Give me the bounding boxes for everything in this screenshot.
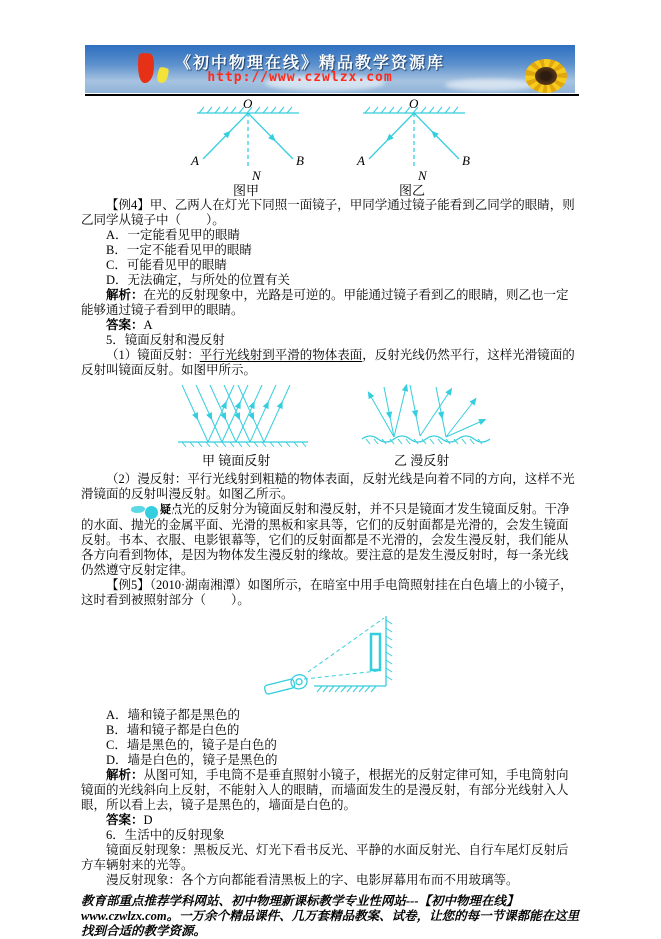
example4-option-b: B．一定不能看见甲的眼睛 (81, 243, 580, 258)
section6-p2: 漫反射现象：各个方向都能看清黑板上的字、电影屏幕用布而不用玻璃等。 (81, 873, 580, 888)
wall-hatching (386, 620, 392, 680)
key-point-icon: 破 (106, 504, 158, 517)
site-banner: 《初中物理在线》精品教学资源库 http://www.czwlzx.com (85, 45, 575, 93)
flashlight (263, 673, 308, 697)
analysis-label: 解析： (106, 288, 144, 302)
section5-note: 破疑点光的反射分为镜面反射和漫反射，并不只是镜面才发生镜面反射。干净的水面、抛光… (81, 502, 580, 578)
mirror-diagram-jia: O A B N 图甲 (183, 97, 313, 197)
example4-option-d: D．无法确定，与所处的位置有关 (81, 273, 580, 288)
section5-item1: （1）镜面反射：平行光线射到平滑的物体表面，反射光线仍然平行，这样光滑镜面的反射… (81, 348, 580, 378)
example5-stem: 【例5】（2010·湖南湘潭）如图所示，在暗室中用手电筒照射挂在白色墙上的小镜子… (81, 578, 580, 608)
point-o-label: O (409, 97, 419, 111)
figure-caption: 图甲 (233, 183, 259, 197)
example4-option-c: C．可能看见甲的眼睛 (81, 258, 580, 273)
example4-answer: 答案：A (81, 318, 580, 333)
analysis-text: 从图可知，手电筒不是垂直照射小镜子，根据光的反射定律可知，手电筒射向镜面的光线斜… (81, 768, 569, 812)
swoosh-icon (131, 506, 145, 513)
site-url-link[interactable]: http://www.czwlzx.com (85, 70, 515, 85)
normal-n-label: N (251, 168, 262, 183)
section6-p1: 镜面反射现象：黑板反光、灯光下看书反光、平静的水面反射光、自行车尾灯反射后方车辆… (81, 843, 580, 873)
reflection-figures-row: 甲 镜面反射 (81, 381, 580, 469)
worksheet-page: { "header": { "title": "《初中物理在线》精品教学资源库"… (0, 0, 661, 936)
flashlight-mirror-diagram (256, 612, 406, 704)
section5-heading: 5．镜面反射和漫反射 (81, 333, 580, 348)
example4-stem: 【例4】甲、乙两人在灯光下同照一面镜子，甲同学通过镜子能看到乙同学的眼睛，则乙同… (81, 198, 580, 228)
example4-option-a: A．一定能看见甲的眼睛 (81, 228, 580, 243)
example5-option-b: B．墙和镜子都是白色的 (81, 723, 580, 738)
point-b-label: B (296, 153, 304, 168)
specular-reflection-diagram: 甲 镜面反射 (168, 381, 318, 469)
scattered-rays (365, 383, 488, 437)
item1-key-phrase: 平行光线射到平滑的物体表面 (200, 348, 363, 362)
figure-caption: 甲 镜面反射 (202, 453, 270, 468)
example5-option-a: A．墙和镜子都是黑色的 (81, 708, 580, 723)
sunflower-image (525, 59, 567, 93)
diffuse-reflection-diagram: 乙 漫反射 (354, 381, 494, 469)
point-o-label: O (243, 97, 253, 111)
rough-surface (362, 436, 490, 442)
answer-label: 答案： (106, 813, 144, 827)
flashlight-figure-row (81, 612, 580, 704)
mirror-figures-row: O A B N 图甲 O A B N 图乙 (81, 97, 580, 197)
example5-option-d: D．墙是白色的，镜子是黑色的 (81, 753, 580, 768)
point-a-label: A (356, 153, 365, 168)
section6-heading: 6．生活中的反射现象 (81, 828, 580, 843)
section5-item2: （2）漫反射：平行光线射到粗糙的物体表面，反射光线是向着不同的方向，这样不光滑镜… (81, 472, 580, 502)
normal-n-label: N (417, 168, 428, 183)
answer-label: 答案： (106, 318, 144, 332)
wall-mirror (371, 634, 380, 670)
surface-hatching (182, 442, 306, 447)
point-a-label: A (190, 153, 199, 168)
analysis-text: 在光的反射现象中，光路是可逆的。甲能通过镜子看到乙的眼睛，则乙也一定能够通过镜子… (81, 288, 569, 317)
key-point-icon-char: 破 (145, 506, 158, 519)
footer-promo-text: 教育部重点推荐学科网站、初中物理新课标教学专业性网站---【初中物理在线】www… (81, 894, 580, 939)
example4-analysis: 解析：在光的反射现象中，光路是可逆的。甲能通过镜子看到乙的眼睛，则乙也一定能够通… (81, 288, 580, 318)
page-content: 《初中物理在线》精品教学资源库 http://www.czwlzx.com O … (81, 0, 580, 939)
answer-value: D (144, 813, 153, 827)
answer-value: A (144, 318, 153, 332)
example5-analysis: 解析：从图可知，手电筒不是垂直照射小镜子，根据光的反射定律可知，手电筒射向镜面的… (81, 768, 580, 813)
floor-hatching (317, 686, 376, 692)
analysis-label: 解析： (106, 768, 144, 782)
point-b-label: B (462, 153, 470, 168)
example5-option-c: C．墙是黑色的，镜子是白色的 (81, 738, 580, 753)
example5-answer: 答案：D (81, 813, 580, 828)
sunflower-center (535, 67, 557, 85)
item1-prefix: （1）镜面反射： (106, 348, 200, 362)
figure-caption: 乙 漫反射 (394, 453, 449, 468)
figure-caption: 图乙 (399, 183, 425, 197)
mirror-diagram-yi: O A B N 图乙 (349, 97, 479, 197)
header-divider (85, 94, 579, 96)
